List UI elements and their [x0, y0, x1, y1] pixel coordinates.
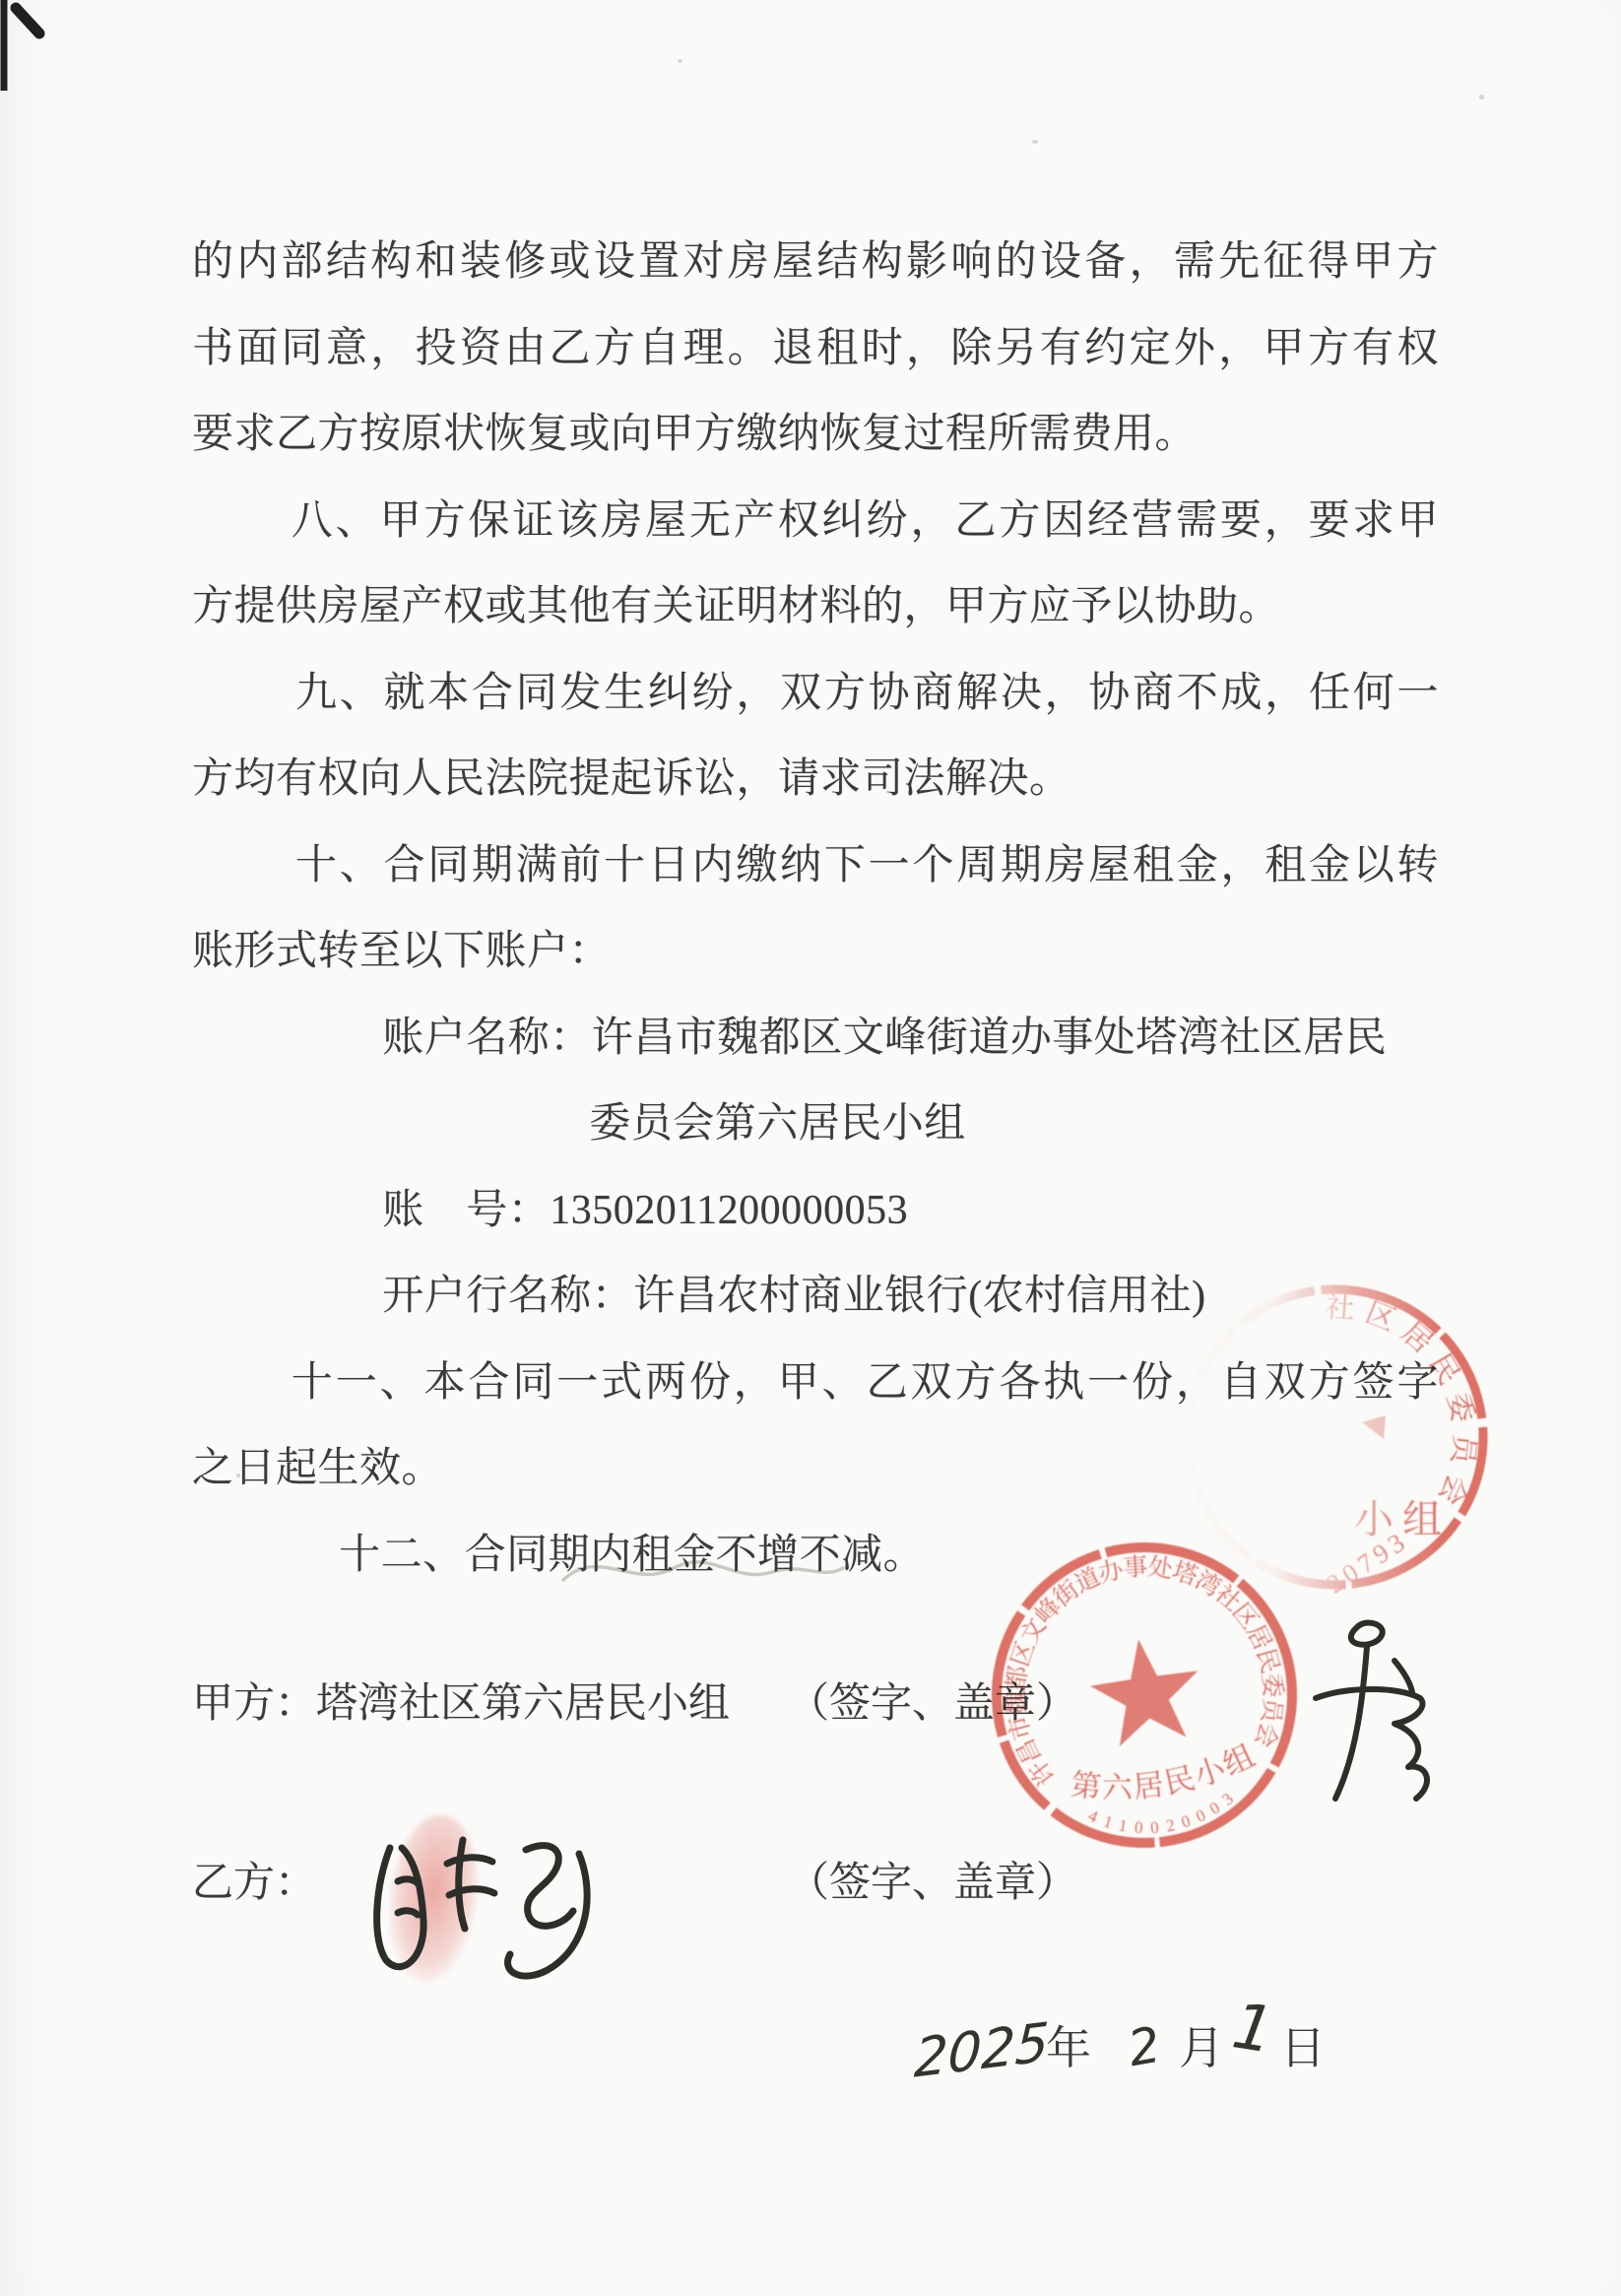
party-b-signature	[353, 1820, 618, 1993]
date-month-unit: 月	[1179, 2019, 1224, 2078]
scan-speck	[1032, 140, 1038, 144]
text-line: 八、甲方保证该房屋无产权纠纷，乙方因经营需要，要求甲	[192, 479, 1439, 565]
date-month-handwritten: 2	[1124, 2015, 1165, 2079]
text-line: 账 号：13502011200000053	[192, 1168, 1439, 1255]
date-year-unit: 年	[1046, 2019, 1091, 2078]
date-day-handwritten: 1	[1229, 1997, 1278, 2062]
scanned-contract-page: 的内部结构和装修或设置对房屋结构影响的设备，需先征得甲方书面同意，投资由乙方自理…	[0, 0, 1621, 2296]
text-line: 方均有权向人民法院提起诉讼，请求司法解决。	[192, 737, 1439, 823]
scan-corner-mark	[0, 0, 69, 148]
text-line: 委员会第六居民小组	[192, 1082, 1439, 1168]
seal-partial-arc-text: 社区居民委员会	[1325, 1291, 1481, 1515]
official-seal-large: 许昌市魏都区文峰街道办事处塔湾社区居民委员会 第六居民小组 4110020003…	[949, 1500, 1338, 1889]
scan-speck	[678, 59, 682, 63]
date-year-handwritten: 2025	[913, 2012, 1051, 2089]
text-line: 账户名称：许昌市魏都区文峰街道办事处塔湾社区居民	[192, 996, 1439, 1082]
text-line: 十、合同期满前十日内缴纳下一个周期房屋租金，租金以转	[192, 823, 1439, 910]
text-line: 书面同意，投资由乙方自理。退租时，除另有约定外，甲方有权	[192, 306, 1439, 393]
text-line: 九、就本合同发生纠纷，双方协商解决，协商不成，任何一	[192, 651, 1439, 738]
star-icon	[1084, 1632, 1206, 1749]
text-line: 账形式转至以下账户：	[192, 909, 1439, 996]
party-a-label: 甲方：塔湾社区第六居民小组	[192, 1681, 730, 1727]
party-b-label: 乙方：	[192, 1861, 316, 1906]
text-line: 方提供房屋产权或其他有关证明材料的，甲方应予以协助。	[192, 564, 1439, 651]
text-line: 的内部结构和装修或设置对房屋结构影响的设备，需先征得甲方	[192, 220, 1439, 306]
seal-partial-mark	[1362, 1415, 1386, 1439]
date-day-unit: 日	[1280, 2019, 1326, 2078]
scan-speck	[1479, 95, 1484, 99]
text-line: 要求乙方按原状恢复或向甲方缴纳恢复过程所需费用。	[192, 392, 1439, 479]
